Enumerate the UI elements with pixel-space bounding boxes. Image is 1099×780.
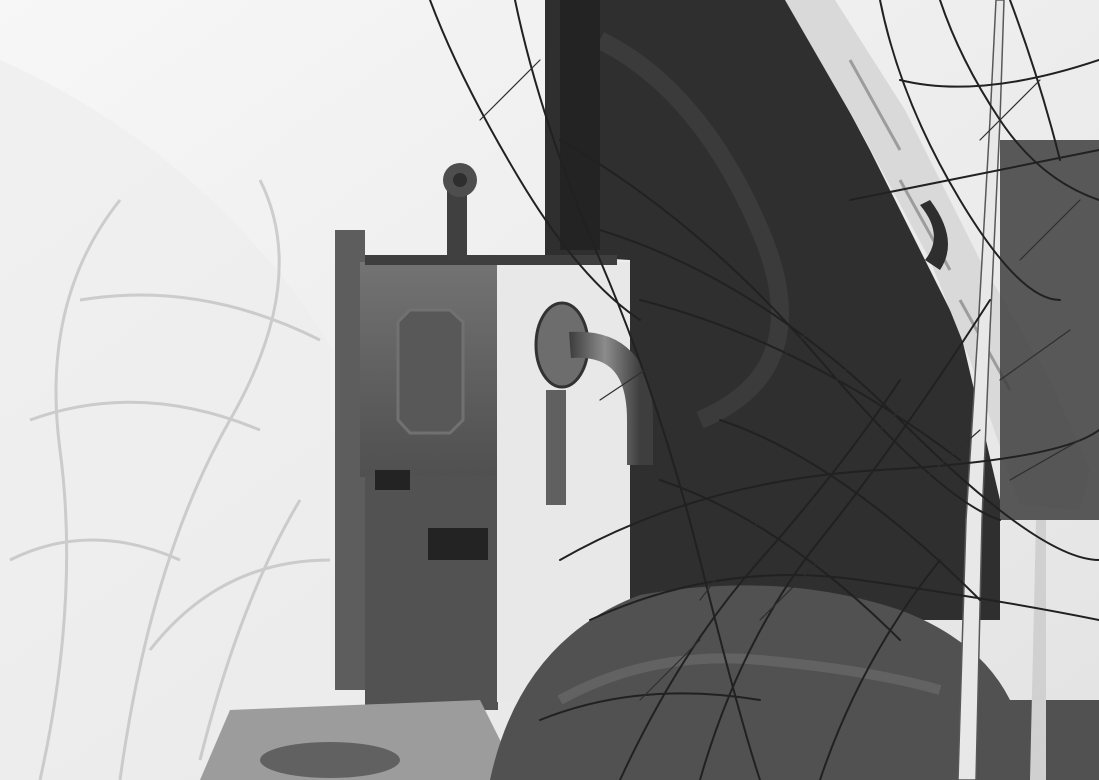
photo-scene: [0, 0, 1099, 780]
